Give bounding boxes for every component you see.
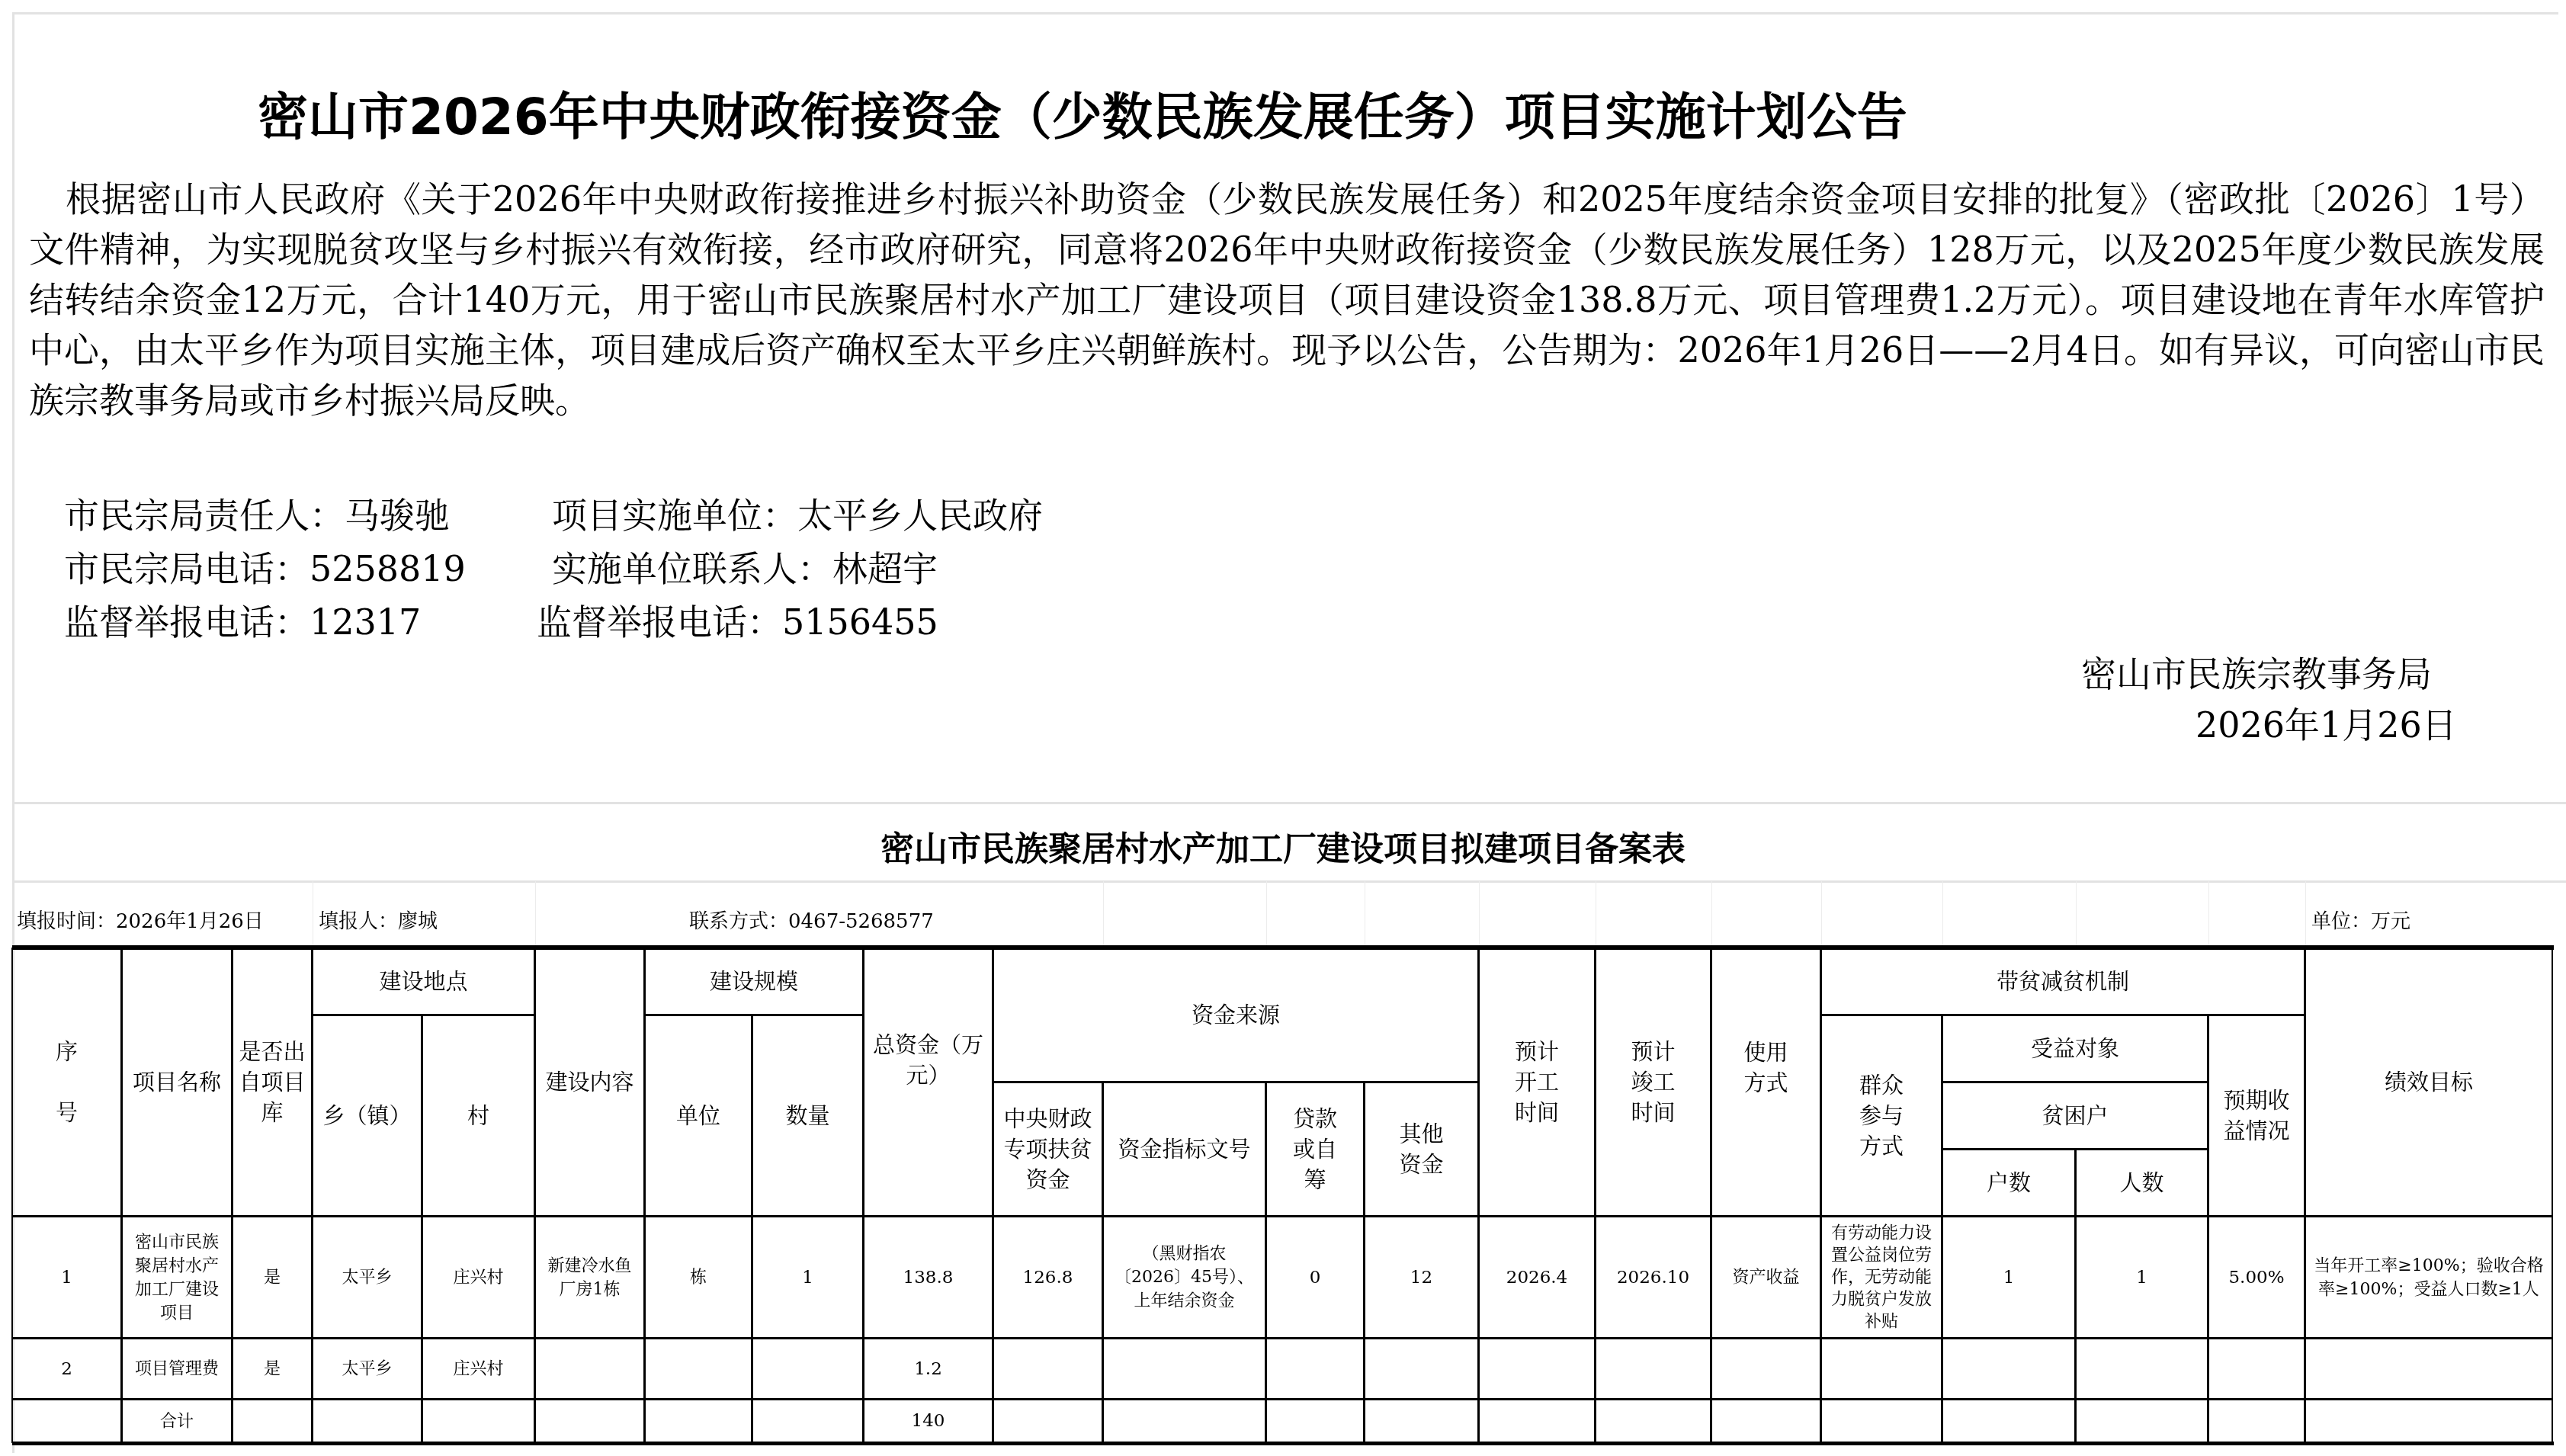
header-participation: 群众参与方式 (1820, 1015, 1942, 1217)
header-total-funds: 总资金（万元） (863, 948, 993, 1217)
cell-from-library: 是 (232, 1216, 313, 1339)
header-scale-qty: 数量 (752, 1015, 864, 1217)
notice-title: 密山市2026年中央财政衔接资金（少数民族发展任务）项目实施计划公告 (258, 76, 1907, 149)
cell-end-time (1595, 1399, 1711, 1443)
contact-info: 联系方式：0467-5268577 (689, 906, 934, 934)
header-from-library: 是否出自项目库 (232, 948, 313, 1217)
cell-scale-unit: 栋 (644, 1216, 752, 1339)
cell-persons (2075, 1399, 2208, 1443)
bureau-responsible-person: 市民宗局责任人：马骏驰 (64, 488, 552, 538)
header-loan-self: 贷款或自筹 (1265, 1082, 1365, 1217)
cell-loan-self: 0 (1265, 1216, 1365, 1339)
cell-township: 太平乡 (312, 1338, 422, 1400)
cell-fund-doc-no (1102, 1399, 1266, 1443)
contact-line-2: 市民宗局电话：5258819实施单位联系人：林超宇 (64, 541, 938, 592)
header-end-time: 预计竣工时间 (1595, 948, 1711, 1217)
section-divider (12, 880, 2566, 883)
unit-label: 单位：万元 (2311, 906, 2410, 934)
cell-township (312, 1399, 422, 1443)
cell-scale-qty (752, 1338, 864, 1400)
cell-expected-return: 5.00% (2208, 1216, 2305, 1339)
header-seq: 序 号 (11, 948, 122, 1217)
table-title: 密山市民族聚居村水产加工厂建设项目拟建项目备案表 (0, 822, 2566, 871)
cell-central-funds (993, 1399, 1103, 1443)
cell-total-funds: 1.2 (863, 1338, 993, 1400)
cell-usage (1711, 1338, 1821, 1400)
cell-usage (1711, 1399, 1821, 1443)
cell-participation (1820, 1399, 1942, 1443)
filler: 填报人：廖城 (319, 906, 438, 934)
header-persons: 人数 (2075, 1149, 2208, 1217)
header-mechanism: 带贫减贫机制 (1820, 948, 2305, 1015)
cell-performance: 当年开工率≥100%；验收合格率≥100%；受益人口数≥1人 (2305, 1216, 2553, 1339)
supervision-phone-1: 监督举报电话：12317 (64, 595, 537, 645)
cell-content (534, 1338, 645, 1400)
cell-households (1942, 1399, 2076, 1443)
header-households: 户数 (1942, 1149, 2076, 1217)
signature-date: 2026年1月26日 (2196, 698, 2457, 748)
header-central-funds: 中央财政专项扶贫资金 (993, 1082, 1103, 1217)
cell-fund-doc-no: （黑财指农〔2026〕45号）、上年结余资金 (1102, 1216, 1266, 1339)
cell-loan-self (1265, 1399, 1365, 1443)
cell-performance (2305, 1338, 2553, 1400)
table-bottom-border (12, 1442, 2554, 1445)
cell-start-time (1478, 1338, 1596, 1400)
cell-persons: 1 (2075, 1216, 2208, 1339)
cell-seq (11, 1399, 122, 1443)
cell-from-library: 是 (232, 1338, 313, 1400)
cell-end-time (1595, 1338, 1711, 1400)
cell-other-funds (1364, 1338, 1479, 1400)
cell-township: 太平乡 (312, 1216, 422, 1339)
cell-other-funds (1364, 1399, 1479, 1443)
cell-project-name: 项目管理费 (121, 1338, 233, 1400)
header-start-time: 预计开工时间 (1478, 948, 1596, 1217)
cell-village (422, 1399, 535, 1443)
table-top-border (12, 945, 2554, 950)
cell-fund-doc-no (1102, 1338, 1266, 1400)
cell-performance (2305, 1399, 2553, 1443)
cell-persons (2075, 1338, 2208, 1400)
header-content: 建设内容 (534, 948, 645, 1217)
cell-scale-qty (752, 1399, 864, 1443)
implementing-unit-contact: 实施单位联系人：林超宇 (552, 541, 938, 592)
header-poor-households: 贫困户 (1942, 1082, 2208, 1150)
header-beneficiary: 受益对象 (1942, 1015, 2208, 1082)
header-location: 建设地点 (312, 948, 535, 1015)
cell-total-label: 合计 (121, 1399, 233, 1443)
cell-expected-return (2208, 1338, 2305, 1400)
section-divider (12, 802, 2566, 804)
header-scale: 建设规模 (644, 948, 864, 1015)
header-scale-unit: 单位 (644, 1015, 752, 1217)
header-other-funds: 其他资金 (1364, 1082, 1479, 1217)
cell-loan-self (1265, 1338, 1365, 1400)
header-expected-return: 预期收益情况 (2208, 1015, 2305, 1217)
cell-other-funds: 12 (1364, 1216, 1479, 1339)
cell-participation: 有劳动能力设置公益岗位劳作，无劳动能力脱贫户发放补贴 (1820, 1216, 1942, 1339)
fill-time: 填报时间：2026年1月26日 (17, 906, 264, 934)
cell-from-library (232, 1399, 313, 1443)
notice-body: 根据密山市人民政府《关于2026年中央财政衔接推进乡村振兴补助资金（少数民族发展… (29, 174, 2545, 425)
cell-households: 1 (1942, 1216, 2076, 1339)
cell-scale-unit (644, 1399, 752, 1443)
supervision-phone-2: 监督举报电话：5156455 (537, 595, 938, 645)
cell-village: 庄兴村 (422, 1216, 535, 1339)
contact-line-1: 市民宗局责任人：马骏驰项目实施单位：太平乡人民政府 (64, 488, 1043, 538)
header-township: 乡（镇） (312, 1015, 422, 1217)
bureau-phone: 市民宗局电话：5258819 (64, 541, 552, 592)
cell-village: 庄兴村 (422, 1338, 535, 1400)
cell-households (1942, 1338, 2076, 1400)
signature-org: 密山市民族宗教事务局 (2081, 646, 2432, 697)
cell-content: 新建冷水鱼厂房1栋 (534, 1216, 645, 1339)
header-fund-source: 资金来源 (993, 948, 1479, 1082)
cell-scale-qty: 1 (752, 1216, 864, 1339)
cell-scale-unit (644, 1338, 752, 1400)
cell-expected-return (2208, 1399, 2305, 1443)
cell-content (534, 1399, 645, 1443)
cell-end-time: 2026.10 (1595, 1216, 1711, 1339)
cell-start-time: 2026.4 (1478, 1216, 1596, 1339)
contact-line-3: 监督举报电话：12317监督举报电话：5156455 (64, 595, 938, 645)
cell-seq: 1 (11, 1216, 122, 1339)
cell-total-funds: 138.8 (863, 1216, 993, 1339)
cell-seq: 2 (11, 1338, 122, 1400)
cell-usage: 资产收益 (1711, 1216, 1821, 1339)
header-project-name: 项目名称 (121, 948, 233, 1217)
cell-central-funds (993, 1338, 1103, 1400)
header-performance: 绩效目标 (2305, 948, 2553, 1217)
cell-start-time (1478, 1399, 1596, 1443)
cell-total-funds: 140 (863, 1399, 993, 1443)
header-usage: 使用方式 (1711, 948, 1821, 1217)
cell-participation (1820, 1338, 1942, 1400)
header-fund-doc-no: 资金指标文号 (1102, 1082, 1266, 1217)
header-village: 村 (422, 1015, 535, 1217)
cell-project-name: 密山市民族聚居村水产加工厂建设项目 (121, 1216, 233, 1339)
cell-central-funds: 126.8 (993, 1216, 1103, 1339)
implementing-unit: 项目实施单位：太平乡人民政府 (552, 488, 1043, 538)
